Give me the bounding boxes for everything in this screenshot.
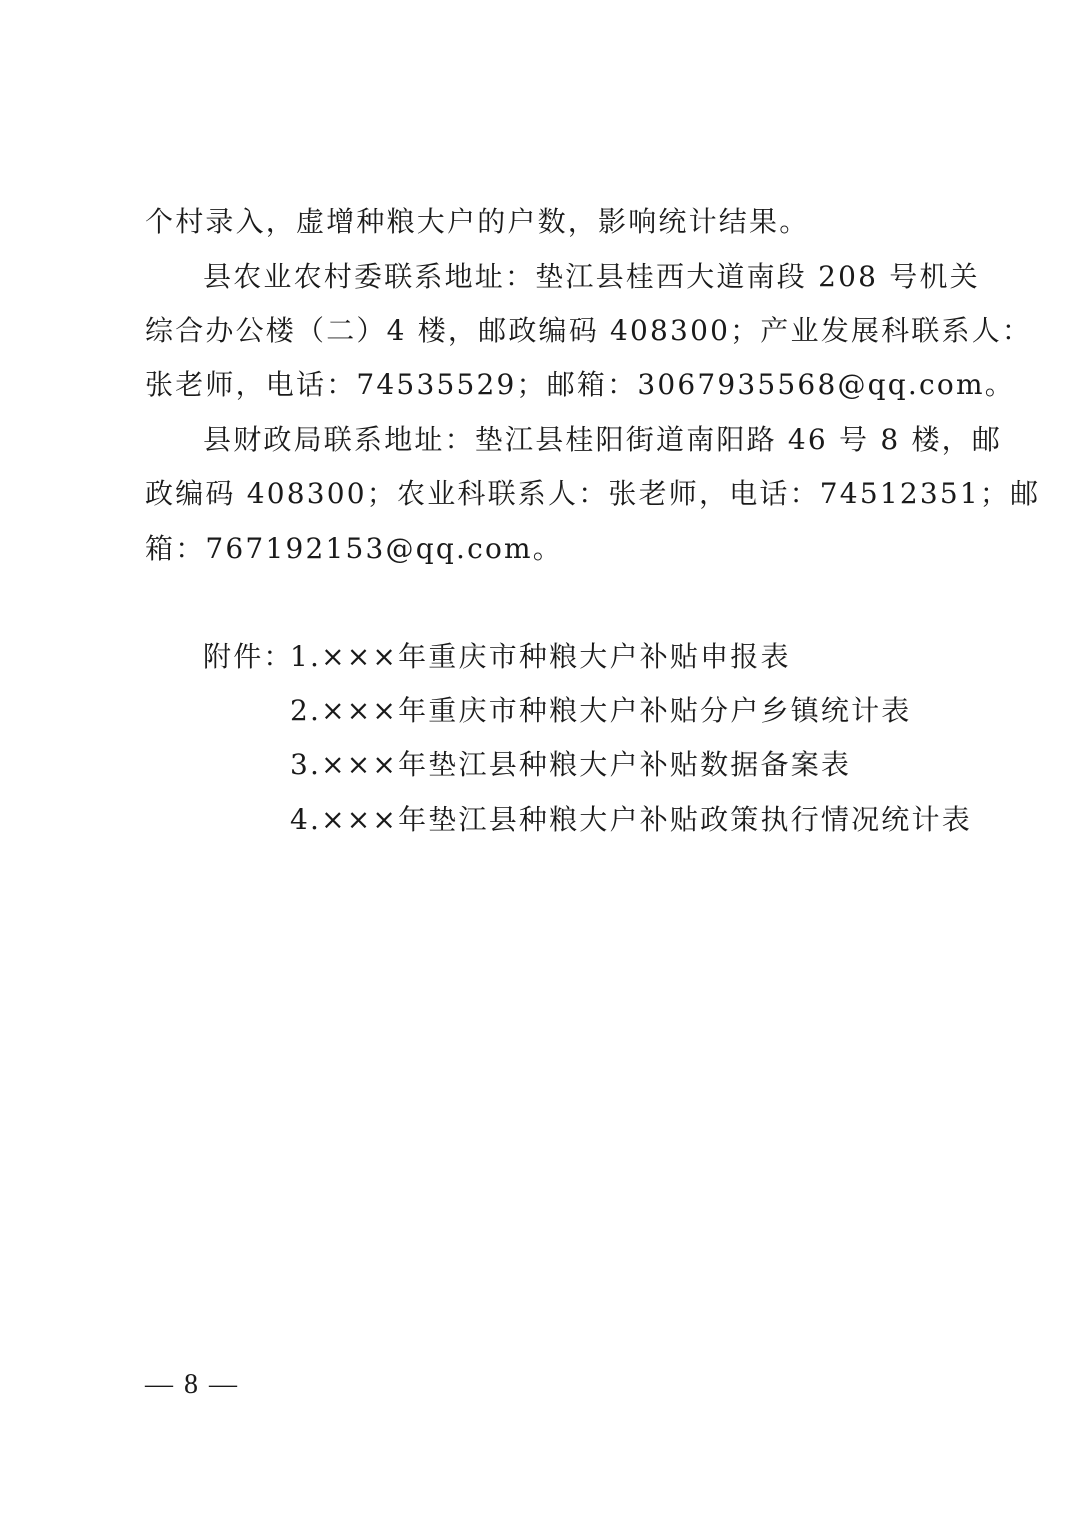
attachment-item-4: 4.×××年垫江县种粮大户补贴政策执行情况统计表: [290, 803, 972, 837]
agri-committee-contact-line-1: 县农业农村委联系地址：垫江县桂西大道南段 208 号机关: [203, 260, 980, 294]
agri-committee-contact-line-2: 综合办公楼（二）4 楼，邮政编码 408300；产业发展科联系人：: [145, 314, 1032, 348]
finance-bureau-contact-line-3: 箱：767192153@qq.com。: [145, 532, 563, 566]
agri-committee-contact-line-3: 张老师，电话：74535529；邮箱：3067935568@qq.com。: [145, 368, 1015, 402]
finance-bureau-contact-line-1: 县财政局联系地址：垫江县桂阳街道南阳路 46 号 8 楼，邮: [203, 423, 1002, 457]
finance-bureau-contact-line-2: 政编码 408300；农业科联系人：张老师，电话：74512351；邮: [145, 477, 1040, 511]
paragraph-continuation-line: 个村录入，虚增种粮大户的户数，影响统计结果。: [145, 205, 809, 239]
document-page: 个村录入，虚增种粮大户的户数，影响统计结果。 县农业农村委联系地址：垫江县桂西大…: [0, 0, 1074, 1520]
attachments-label: 附件：: [203, 640, 294, 674]
attachment-item-1: 1.×××年重庆市种粮大户补贴申报表: [290, 640, 791, 674]
attachment-item-3: 3.×××年垫江县种粮大户补贴数据备案表: [290, 748, 851, 782]
attachment-item-2: 2.×××年重庆市种粮大户补贴分户乡镇统计表: [290, 694, 912, 728]
page-number: — 8 —: [145, 1368, 239, 1402]
